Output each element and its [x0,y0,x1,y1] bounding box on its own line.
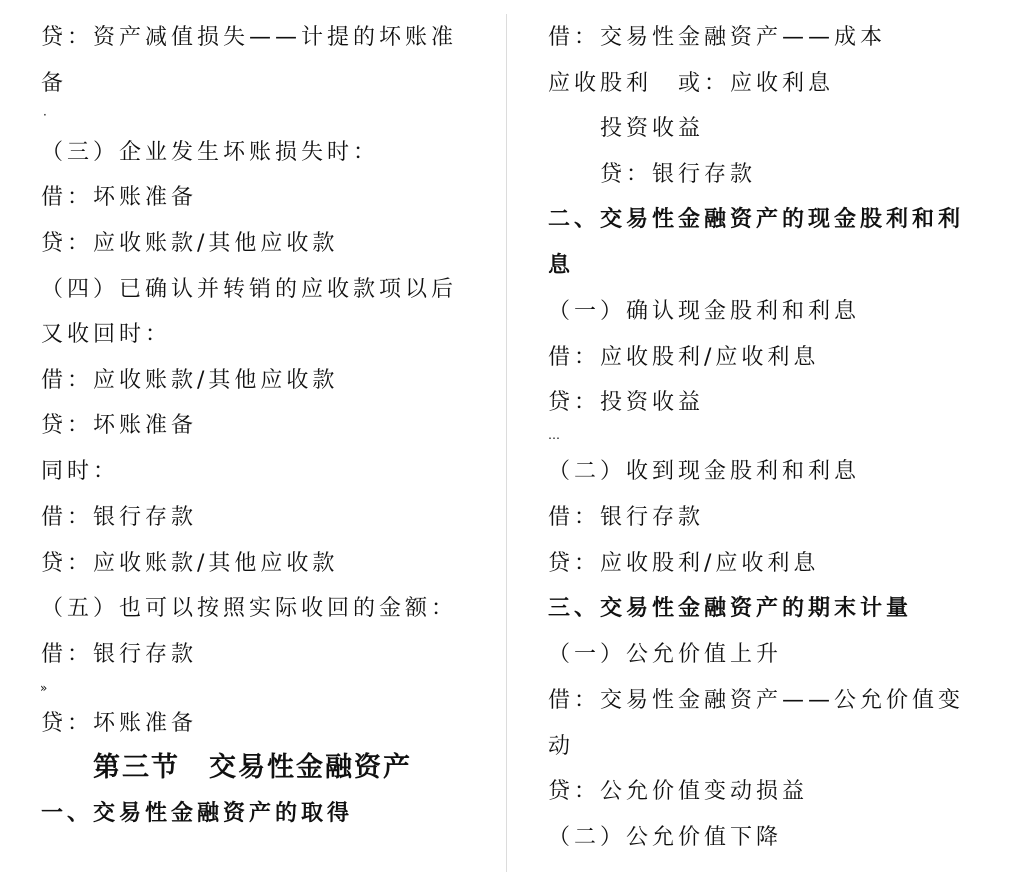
text-line: 同时： [41,458,119,486]
text-line: 备 [41,70,67,98]
case-heading-line: （一）确认现金股利和利息 [548,298,860,326]
case-heading-line: （四）已确认并转销的应收款项以后 [41,276,457,304]
credit-entry-line: 贷：投资收益 [548,389,704,417]
debit-entry-line: 借：银行存款 [548,504,704,532]
text-line: 投资收益 [600,115,704,143]
credit-entry-line: 贷：应收账款/其他应收款 [41,230,338,258]
section-heading: 第三节 交易性金融资产 [93,752,412,784]
document-page: 贷：资产减值损失——计提的坏账准备·（三）企业发生坏账损失时：借：坏账准备贷：应… [0,0,1013,879]
case-heading-line: （二）收到现金股利和利息 [548,458,860,486]
debit-entry-line: 借：交易性金融资产——成本 [548,24,886,52]
credit-entry-line: 贷：应收账款/其他应收款 [41,550,338,578]
subsection-heading: 三、交易性金融资产的期末计量 [548,595,912,623]
credit-entry-line: 贷：应收股利/应收利息 [548,550,819,578]
stray-mark: … [548,428,560,442]
stray-mark: · [43,108,47,122]
subsection-heading: 二、交易性金融资产的现金股利和利 [548,206,964,234]
case-heading-line: （五）也可以按照实际收回的金额： [41,595,457,623]
debit-entry-line: 借：银行存款 [41,504,197,532]
column-divider [506,14,507,872]
credit-entry-line: 贷：资产减值损失——计提的坏账准 [41,24,457,52]
subsection-heading: 一、交易性金融资产的取得 [41,800,353,828]
debit-entry-line: 借：银行存款 [41,641,197,669]
credit-entry-line: 贷：坏账准备 [41,710,197,738]
case-heading-line: （二）公允价值下降 [548,824,782,852]
credit-entry-line: 贷：公允价值变动损益 [548,778,808,806]
credit-entry-line: 贷：坏账准备 [41,412,197,440]
stray-mark: » [40,681,47,695]
case-heading-line: （三）企业发生坏账损失时： [41,139,379,167]
debit-entry-line: 借：坏账准备 [41,184,197,212]
text-line: 又收回时： [41,321,171,349]
debit-entry-line: 借：交易性金融资产——公允价值变 [548,687,964,715]
case-heading-line: （一）公允价值上升 [548,641,782,669]
subsection-heading: 息 [548,252,574,280]
debit-entry-line: 借：应收股利/应收利息 [548,344,819,372]
text-line: 应收股利 或：应收利息 [548,70,834,98]
credit-entry-line: 贷：银行存款 [600,161,756,189]
debit-entry-line: 借：应收账款/其他应收款 [41,367,338,395]
text-line: 动 [548,733,574,761]
